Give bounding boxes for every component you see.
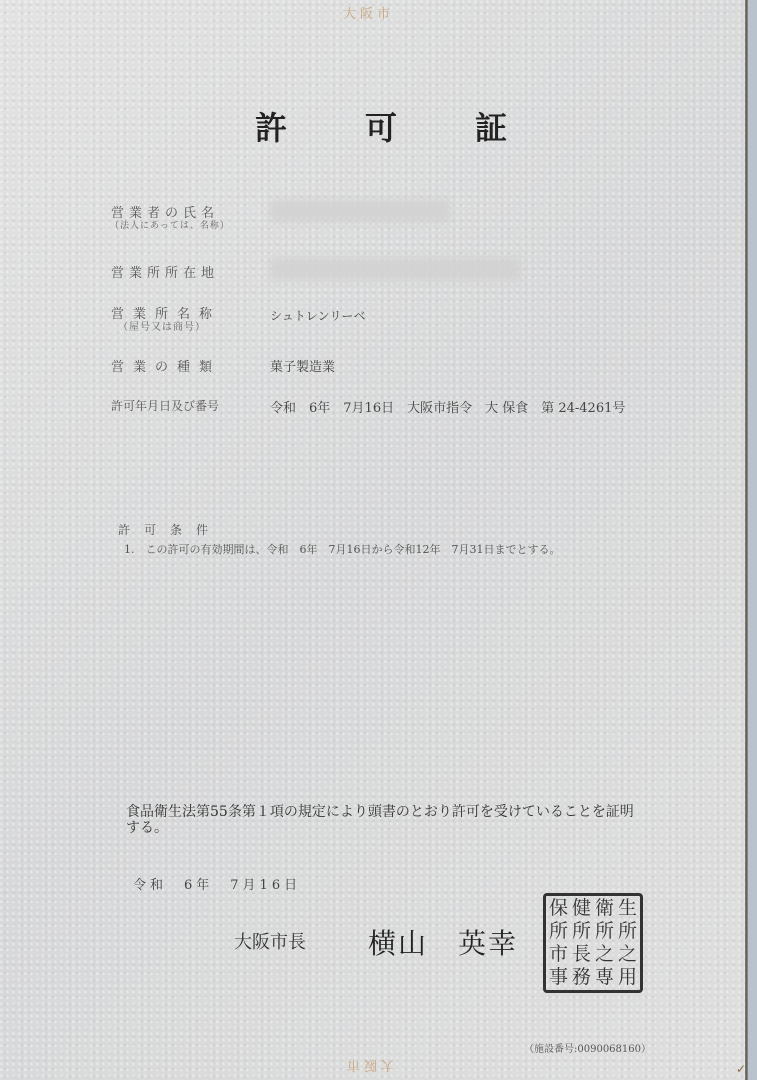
business-name-value: シュトレンリーベ [270, 307, 365, 324]
permit-date-label: 許可年月日及び番号 [111, 397, 219, 414]
seal-char: 長 [570, 943, 593, 966]
business-type-label: 営業の種類 [111, 356, 221, 375]
seal-char: 用 [616, 966, 639, 989]
document-title: 許 可 証 [255, 103, 507, 149]
seal-char: 健 [570, 897, 593, 920]
permit-date-value: 令和 6年 7月16日 大阪市指令 大 保食 第 24-4261号 [270, 397, 625, 416]
redacted-location [270, 258, 520, 280]
issue-date: 令和 6年 7月16日 [133, 874, 301, 893]
operator-name-sublabel: （法人にあっては、名称） [110, 218, 230, 231]
title-char-3: 証 [475, 103, 507, 149]
seal-char: 所 [593, 920, 616, 943]
page-edge [745, 0, 748, 1080]
watermark-bottom: 大阪市 [343, 1057, 394, 1076]
seal-char: 衛 [593, 897, 616, 920]
redacted-operator-name [270, 200, 450, 222]
conditions-title: 許可条件 [118, 521, 222, 538]
business-name-sublabel: （屋号又は商号） [118, 318, 206, 333]
issuer-title: 大阪市長 [234, 928, 306, 954]
seal-char: 之 [593, 943, 616, 966]
permit-document: 大阪市 大阪市 許 可 証 営業者の氏名 （法人にあっては、名称） 営業所所在地… [0, 0, 745, 1080]
seal-char: 之 [616, 943, 639, 966]
seal-char: 生 [616, 897, 639, 920]
seal-char: 保 [547, 897, 570, 920]
condition-item: 1. この許可の有効期間は、令和 6年 7月16日から令和12年 7月31日まで… [124, 541, 560, 557]
title-char-2: 可 [365, 103, 397, 149]
seal-char: 専 [593, 966, 616, 989]
seal-char: 市 [547, 943, 570, 966]
official-seal: 保 健 衛 生 所 所 所 所 市 長 之 之 事 務 専 用 [543, 893, 643, 993]
facility-number: （施設番号:0090068160） [524, 1040, 651, 1055]
seal-char: 所 [570, 920, 593, 943]
seal-char: 所 [547, 920, 570, 943]
title-char-1: 許 [255, 103, 287, 149]
seal-char: 所 [616, 920, 639, 943]
watermark-top: 大阪市 [343, 3, 394, 22]
certification-text: 食品衛生法第55条第１項の規定により頭書のとおり許可を受けていることを証明する。 [126, 804, 646, 836]
business-type-value: 菓子製造業 [270, 356, 335, 375]
scan-background [748, 0, 757, 1080]
seal-char: 務 [570, 966, 593, 989]
seal-char: 事 [547, 966, 570, 989]
location-label: 営業所所在地 [111, 262, 219, 281]
issuer-name: 横山 英幸 [368, 922, 518, 962]
